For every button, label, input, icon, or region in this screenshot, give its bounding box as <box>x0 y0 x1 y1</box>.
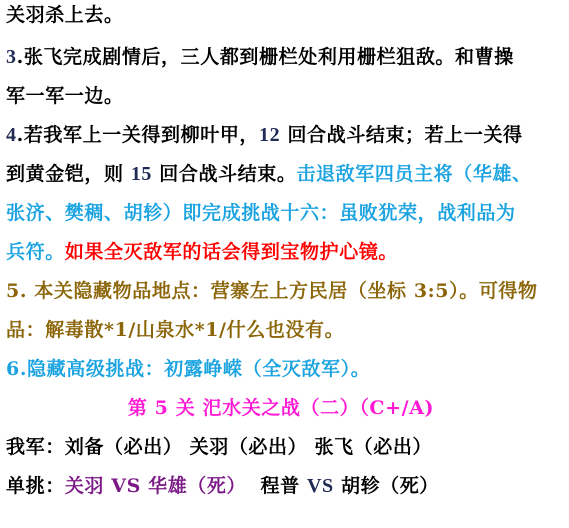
challenge-text: 兵符。 <box>6 241 65 263</box>
duel-line: 单挑：关羽 VS 华雄（死） 程普 VS 胡轸（死） <box>6 471 566 510</box>
hidden-challenge-text: 6.隐藏高级挑战：初露峥嵘（全灭敌军）。 <box>6 358 370 380</box>
challenge-text: 张济、樊稠、胡轸）即完成挑战十六：虽败犹荣，战利品为 <box>6 202 516 224</box>
duel-1: 关羽 VS 华雄（死） <box>65 475 246 497</box>
stage-title: 第 5 关 汜水关之战（二）（C+/A) <box>6 393 566 432</box>
duel-2-left: 程普 <box>261 475 307 497</box>
document-body: 关羽杀上去。 3.张飞完成剧情后，三人都到栅栏处利用栅栏狙敌。和曹操 军一军一边… <box>6 0 566 510</box>
duel-2-right: 胡轸（死） <box>334 475 439 497</box>
paragraph-item-5-line-1: 5. 本关隐藏物品地点：营寨左上方民居（坐标 3:5）。可得物 <box>6 276 566 315</box>
treasure-note: 如果全灭敌军的话会得到宝物护心镜。 <box>65 241 398 263</box>
paragraph-line-1: 关羽杀上去。 <box>6 0 566 42</box>
duel-2-vs: VS <box>307 475 334 497</box>
our-army-label: 我军： <box>6 436 65 458</box>
text-segment: .若我军上一关得到柳叶甲， <box>17 124 259 146</box>
paragraph-item-4-line-2: 到黄金铠，则 15 回合战斗结束。击退敌军四员主将（华雄、 <box>6 159 566 198</box>
paragraph-item-4-line-4: 兵符。如果全灭敌军的话会得到宝物护心镜。 <box>6 237 566 276</box>
paragraph-item-4-line-1: 4.若我军上一关得到柳叶甲，12 回合战斗结束；若上一关得 <box>6 120 566 159</box>
item-number: 4 <box>6 124 17 146</box>
paragraph-item-4-line-3: 张济、樊稠、胡轸）即完成挑战十六：虽败犹荣，战利品为 <box>6 198 566 237</box>
our-army-members: 刘备（必出） 关羽（必出） 张飞（必出） <box>65 436 432 458</box>
text-segment: 回合战斗结束。 <box>152 163 296 185</box>
challenge-text: 击退敌军四员主将（华雄、 <box>296 163 531 185</box>
item-number: 3 <box>6 46 17 68</box>
text-segment: 到黄金铠，则 <box>6 163 131 185</box>
text-segment: 回合战斗结束；若上一关得 <box>280 124 522 146</box>
paragraph-item-3-line-2: 军一军一边。 <box>6 81 566 120</box>
our-army-line: 我军：刘备（必出） 关羽（必出） 张飞（必出） <box>6 432 566 471</box>
text-segment: .张飞完成剧情后，三人都到栅栏处利用栅栏狙敌。和曹操 <box>17 46 514 68</box>
turn-count: 12 <box>259 124 280 146</box>
duel-label: 单挑： <box>6 475 65 497</box>
paragraph-item-6: 6.隐藏高级挑战：初露峥嵘（全灭敌军）。 <box>6 354 566 393</box>
paragraph-item-5-line-2: 品：解毒散*1/山泉水*1/什么也没有。 <box>6 315 566 354</box>
hidden-item-text: 品：解毒散*1/山泉水*1/什么也没有。 <box>6 319 344 341</box>
stage-title-text: 第 5 关 汜水关之战（二）（C+/A) <box>128 397 434 419</box>
text-segment: 关羽杀上去。 <box>6 4 124 26</box>
turn-count: 15 <box>131 163 152 185</box>
paragraph-item-3-line-1: 3.张飞完成剧情后，三人都到栅栏处利用栅栏狙敌。和曹操 <box>6 42 566 81</box>
text-segment: 军一军一边。 <box>6 85 124 107</box>
hidden-item-text: 5. 本关隐藏物品地点：营寨左上方民居（坐标 3:5）。可得物 <box>6 280 538 302</box>
